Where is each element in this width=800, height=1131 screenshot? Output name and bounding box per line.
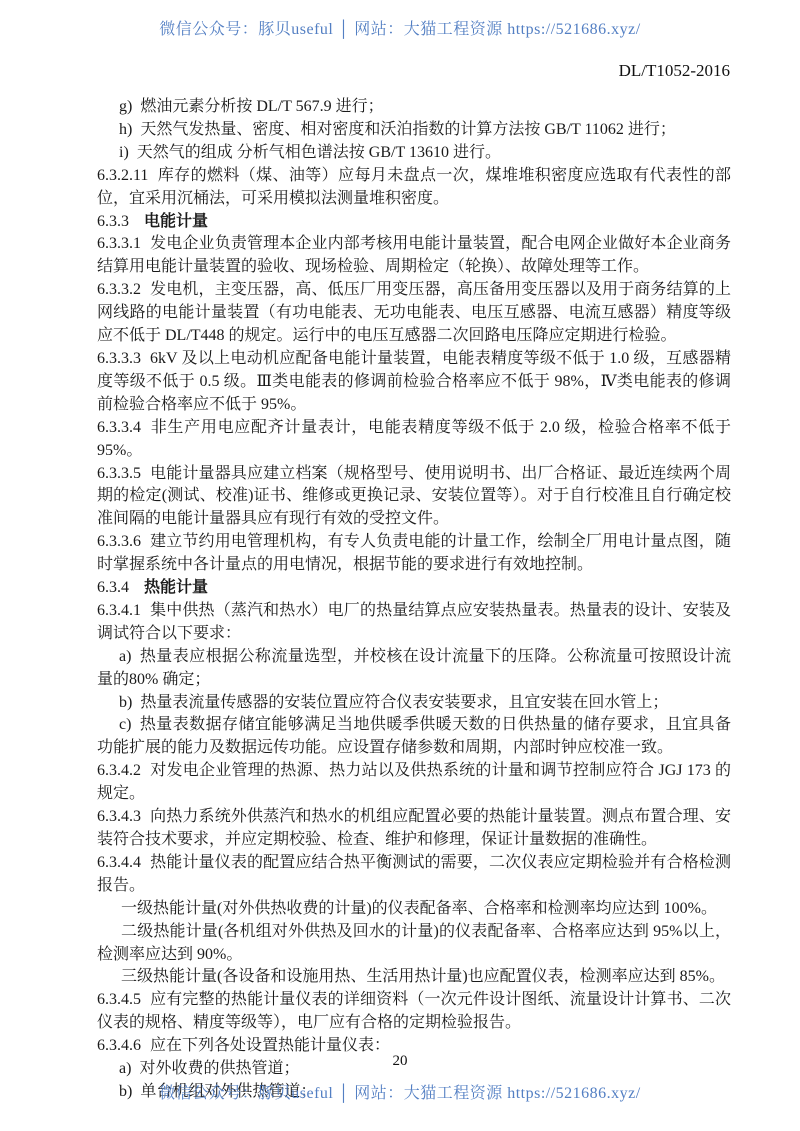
clause-paragraph: 6.3.4.3向热力系统外供蒸汽和热水的机组应配置必要的热能计量装置。测点布置合… xyxy=(97,806,731,852)
clause-number: 6.3.4.3 xyxy=(97,808,141,825)
watermark-footer: 微信公众号：豚贝useful │ 网站：大猫工程资源 https://52168… xyxy=(0,1080,800,1103)
clause-paragraph: 6.3.3.36kV 及以上电动机应配备电能计量装置，电能表精度等级不低于 1.… xyxy=(97,348,731,417)
list-item-label: i) xyxy=(119,144,129,161)
clause-number: 6.3.4.4 xyxy=(97,854,141,871)
list-item-label: g) xyxy=(119,98,132,115)
clause-number: 6.3.3.4 xyxy=(97,419,141,436)
clause-paragraph: 6.3.3.4非生产用电应配齐计量表计，电能表精度等级不低于 2.0 级，检验合… xyxy=(97,417,731,463)
indent-paragraph: 二级热能计量(各机组对外供热及回水的计量)的仪表配备率、合格率应达到 95%以上… xyxy=(97,921,731,967)
list-item: c)热量表数据存储宜能够满足当地供暖季供暖天数的日供热量的储存要求，且宜具备功能… xyxy=(97,714,731,760)
clause-paragraph: 6.3.4.5应有完整的热能计量仪表的详细资料（一次元件设计图纸、流量设计计算书… xyxy=(97,989,731,1035)
list-item: h)天然气发热量、密度、相对密度和沃泊指数的计算方法按 GB/T 11062 进… xyxy=(97,119,731,142)
list-item: a)热量表应根据公称流量选型，并校核在设计流量下的压降。公称流量可按照设计流量的… xyxy=(97,646,731,692)
clause-paragraph: 6.3.3.5电能计量器具应建立档案（规格型号、使用说明书、出厂合格证、最近连续… xyxy=(97,463,731,532)
clause-number: 6.3.4.5 xyxy=(97,991,141,1008)
doc-number: DL/T1052-2016 xyxy=(619,61,730,81)
list-item-label: c) xyxy=(119,716,131,733)
clause-number: 6.3.3.5 xyxy=(97,465,141,482)
list-item: i)天然气的组成 分析气相色谱法按 GB/T 13610 进行。 xyxy=(97,142,731,165)
list-item-label: b) xyxy=(119,694,132,711)
indent-paragraph: 一级热能计量(对外供热收费的计量)的仪表配备率、合格率和检测率均应达到 100%… xyxy=(97,898,731,921)
clause-number: 6.3.4 xyxy=(97,579,129,596)
section-heading: 6.3.4热能计量 xyxy=(97,577,731,600)
clause-number: 6.3.2.11 xyxy=(97,167,148,184)
clause-number: 6.3.3.2 xyxy=(97,281,141,298)
clause-number: 6.3.3.3 xyxy=(97,350,141,367)
indent-paragraph: 三级热能计量(各设备和设施用热、生活用热计量)也应配置仪表，检测率应达到 85%… xyxy=(97,966,731,989)
clause-paragraph: 6.3.3.6建立节约用电管理机构，有专人负责电能的计量工作，绘制全厂用电计量点… xyxy=(97,531,731,577)
clause-paragraph: 6.3.3.1发电企业负责管理本企业内部考核用电能计量装置，配合电网企业做好本企… xyxy=(97,233,731,279)
clause-number: 6.3.3 xyxy=(97,213,129,230)
page-number: 20 xyxy=(0,1053,800,1070)
section-title: 热能计量 xyxy=(144,579,208,596)
list-item: g)燃油元素分析按 DL/T 567.9 进行； xyxy=(97,96,731,119)
section-title: 电能计量 xyxy=(144,213,208,230)
clause-paragraph: 6.3.4.4热能计量仪表的配置应结合热平衡测试的需要，二次仪表应定期检验并有合… xyxy=(97,852,731,898)
list-item: b)热量表流量传感器的安装位置应符合仪表安装要求，且宜安装在回水管上； xyxy=(97,692,731,715)
watermark-header: 微信公众号：豚贝useful │ 网站：大猫工程资源 https://52168… xyxy=(0,16,800,39)
clause-number: 6.3.4.6 xyxy=(97,1037,141,1054)
list-item-label: a) xyxy=(119,648,131,665)
document-page: 微信公众号：豚贝useful │ 网站：大猫工程资源 https://52168… xyxy=(0,0,800,1131)
document-body: g)燃油元素分析按 DL/T 567.9 进行；h)天然气发热量、密度、相对密度… xyxy=(97,96,731,1104)
clause-number: 6.3.3.6 xyxy=(97,533,141,550)
list-item-label: h) xyxy=(119,121,132,138)
clause-paragraph: 6.3.4.1集中供热（蒸汽和热水）电厂的热量结算点应安装热量表。热量表的设计、… xyxy=(97,600,731,646)
clause-number: 6.3.3.1 xyxy=(97,235,141,252)
clause-number: 6.3.4.2 xyxy=(97,762,141,779)
section-heading: 6.3.3电能计量 xyxy=(97,211,731,234)
clause-number: 6.3.4.1 xyxy=(97,602,141,619)
clause-paragraph: 6.3.3.2发电机，主变压器，高、低压厂用变压器，高压备用变压器以及用于商务结… xyxy=(97,279,731,348)
clause-paragraph: 6.3.4.2对发电企业管理的热源、热力站以及供热系统的计量和调节控制应符合 J… xyxy=(97,760,731,806)
clause-paragraph: 6.3.2.11库存的燃料（煤、油等）应每月未盘点一次，煤堆堆积密度应选取有代表… xyxy=(97,165,731,211)
